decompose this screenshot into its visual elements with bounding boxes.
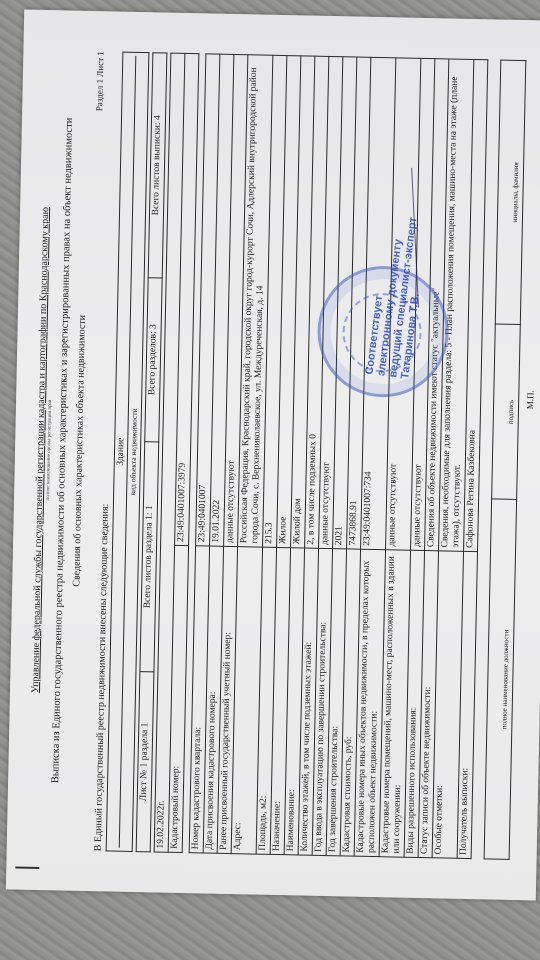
sheets-in-section: Всего листов раздела 1: 1	[140, 441, 159, 672]
sheet-number: Лист № 1 раздела 1	[136, 672, 154, 852]
sheets-total: Всего листов выписки: 4	[148, 53, 167, 278]
initials-caption: инициалы, фамилия	[511, 162, 520, 222]
initials-field: инициалы, фамилия	[495, 60, 526, 324]
document-body: Управление федеральной службы государств…	[21, 50, 527, 860]
signature-block: полное наименование должности подпись ин…	[484, 60, 527, 860]
signature-field: подпись	[492, 324, 521, 500]
seal-label: М.П.	[525, 390, 535, 409]
position-field: полное наименование должности	[484, 499, 517, 859]
staple-mark	[15, 867, 39, 870]
characteristics-table: Номер кадастрового квартала:23:49:040100…	[189, 53, 489, 859]
document-sheet: Управление федеральной службы государств…	[6, 10, 540, 901]
signature-caption: подпись	[507, 400, 516, 425]
sections-total: Всего разделов: 3	[145, 278, 162, 442]
position-caption: полное наименование должности	[500, 630, 510, 730]
